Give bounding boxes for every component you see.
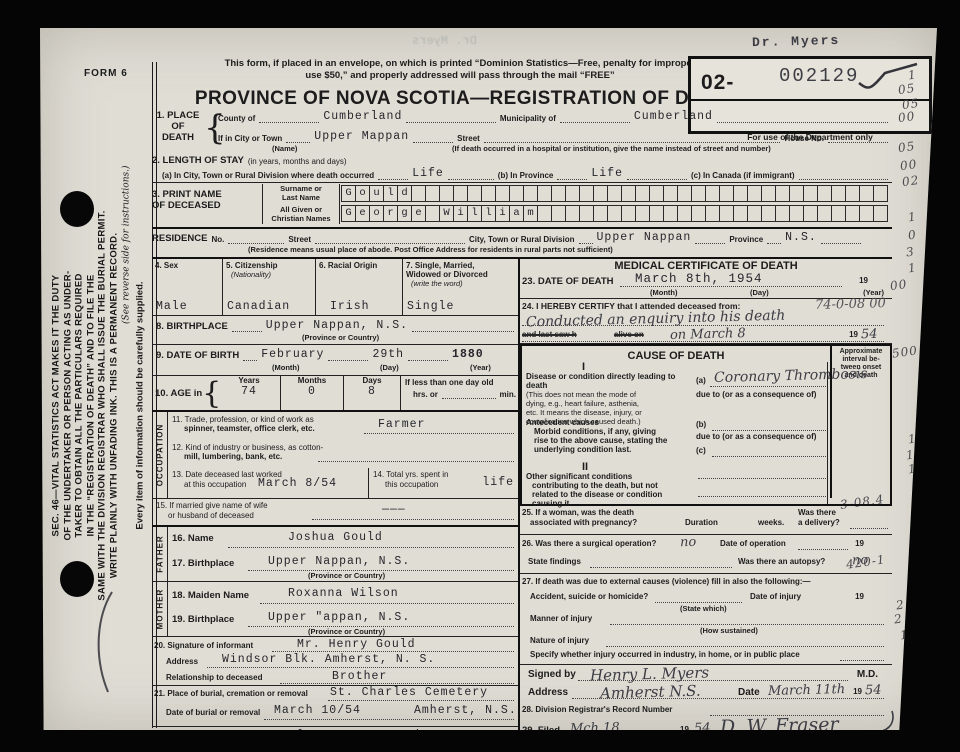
age-years-value[interactable]: 74 xyxy=(218,385,280,398)
pencil-margin-note: 1 xyxy=(905,447,916,462)
section-pregnancy: 25. If a woman, was the death associated… xyxy=(520,506,892,535)
letter-cell xyxy=(803,205,818,222)
letter-cell: m xyxy=(523,205,538,222)
letter-cell xyxy=(649,185,664,202)
letter-cell xyxy=(565,185,580,202)
letter-cell xyxy=(621,205,636,222)
county-value[interactable]: Cumberland xyxy=(323,110,402,123)
letter-cell xyxy=(677,185,692,202)
letter-cell xyxy=(859,185,874,202)
section-spouse: 15. If married give name of wife or husb… xyxy=(152,499,518,527)
letter-cell xyxy=(467,185,482,202)
birth-day-value[interactable]: 29th xyxy=(372,348,404,361)
letter-cell xyxy=(579,205,594,222)
section-mother-name: 18. Maiden Name Roxanna Wilson xyxy=(168,582,518,610)
section-operation: 26. Was there a surgical operation? no D… xyxy=(520,535,892,574)
letter-cell xyxy=(537,185,552,202)
personal-particulars-column: 4. Sex Male 5. Citizenship (Nationality)… xyxy=(152,259,520,752)
pencil-margin-note: 1 xyxy=(907,431,918,446)
section-father-name: 16. Name Joshua Gould xyxy=(168,527,518,553)
last-seen-year-handwritten[interactable]: 54 xyxy=(861,327,878,342)
statute-line: TAKER TO OBTAIN ALL THE PARTICULARS REQU… xyxy=(74,126,86,686)
burial-town-value[interactable]: Amherst, N.S. xyxy=(414,704,517,717)
letter-cell xyxy=(509,185,524,202)
father-name-value[interactable]: Joshua Gould xyxy=(288,531,383,544)
letter-cell: a xyxy=(509,205,524,222)
letter-cell xyxy=(831,185,846,202)
letter-cell xyxy=(411,185,426,202)
letter-cell xyxy=(607,185,622,202)
letter-cell xyxy=(859,205,874,222)
letter-cell xyxy=(551,185,566,202)
letter-cell: i xyxy=(453,205,468,222)
physician-address-handwritten[interactable]: Amherst N.S. xyxy=(600,682,701,703)
signature-flourish xyxy=(858,709,898,745)
section-last-worked: 13. Date deceased last worked at this oc… xyxy=(168,468,518,498)
medical-certificate-column: MEDICAL CERTIFICATE OF DEATH 23. DATE OF… xyxy=(520,259,892,752)
father-birthplace-value[interactable]: Upper Nappan, N.S. xyxy=(268,555,410,568)
mother-birthplace-value[interactable]: Upper "appan, N.S. xyxy=(268,611,410,624)
letter-cell: o xyxy=(355,185,370,202)
pencil-margin-note: 3 xyxy=(905,244,916,259)
section-undertaker: 22. Undertaker R.A.Furlong & Sons, Amher… xyxy=(152,727,518,752)
citizenship-value[interactable]: Canadian xyxy=(227,300,290,313)
section-mother-birthplace: 19. Birthplace Upper "appan, N.S. (Provi… xyxy=(168,610,518,636)
section-birthplace: 8. BIRTHPLACE Upper Nappan, N.S. (Provin… xyxy=(152,316,518,345)
letter-cell xyxy=(817,185,832,202)
section-father-birthplace: 17. Birthplace Upper Nappan, N.S. (Provi… xyxy=(168,553,518,581)
mother-vertical-label: MOTHER xyxy=(152,582,168,636)
letter-cell: G xyxy=(341,205,356,222)
letter-cell xyxy=(425,205,440,222)
letter-cell xyxy=(705,205,720,222)
letter-cell: l xyxy=(481,205,496,222)
form-number: FORM 6 xyxy=(84,68,128,79)
pencil-margin-note: 0 xyxy=(907,227,918,242)
letter-cell xyxy=(789,205,804,222)
letter-cell xyxy=(719,185,734,202)
pencil-margin-note: 2 xyxy=(895,597,906,612)
letter-cell xyxy=(565,205,580,222)
letter-cell xyxy=(635,205,650,222)
pencil-margin-note: 02 xyxy=(901,173,920,189)
letter-cell: l xyxy=(383,185,398,202)
birth-year-value[interactable]: 1880 xyxy=(452,348,484,361)
letter-cell xyxy=(845,205,860,222)
ink-bleed-ghost-text: Dr. Myers xyxy=(412,34,477,48)
registrar-signature[interactable]: D. W. Fraser xyxy=(720,713,839,738)
letter-cell xyxy=(803,185,818,202)
section-burial: 21. Place of burial, cremation or remova… xyxy=(152,686,518,727)
father-vertical-label: FATHER xyxy=(152,527,168,581)
section-date-of-death: 23. DATE OF DEATH March 8th, 1954 19 (Mo… xyxy=(520,272,892,299)
medical-certificate-title: MEDICAL CERTIFICATE OF DEATH xyxy=(520,259,892,272)
letter-cell xyxy=(593,185,608,202)
mother-name-value[interactable]: Roxanna Wilson xyxy=(288,587,399,600)
given-names-letter-grid[interactable]: George William xyxy=(342,204,888,221)
signed-date-handwritten[interactable]: March 11th xyxy=(768,682,846,699)
form-body: 1. PLACE OF DEATH { County of Cumberland… xyxy=(152,106,892,752)
letter-cell xyxy=(649,205,664,222)
letter-cell xyxy=(817,205,832,222)
letter-cell xyxy=(873,205,888,222)
letter-cell xyxy=(495,185,510,202)
letter-cell xyxy=(719,205,734,222)
pencil-margin-note: 2 xyxy=(893,611,904,626)
marital-status-value[interactable]: Single xyxy=(407,300,454,313)
certificate-paper: SEC. 46—VITAL STATISTICS ACT MAKES IT TH… xyxy=(40,28,937,730)
letter-cell xyxy=(439,185,454,202)
pencil-margin-note: 1 xyxy=(899,627,910,642)
letter-cell xyxy=(747,185,762,202)
pencil-margin-note: 1 xyxy=(907,209,918,224)
letter-cell: i xyxy=(495,205,510,222)
death-date-value[interactable]: March 8th, 1954 xyxy=(635,272,763,286)
letter-cell xyxy=(761,185,776,202)
undertaker-value[interactable]: R.A.Furlong & Sons, Amherst, N.S. xyxy=(242,729,503,742)
letter-cell xyxy=(551,205,566,222)
section-trade: 11. Trade, profession, or kind of work a… xyxy=(168,412,518,440)
letter-cell: e xyxy=(411,205,426,222)
residence-city-value[interactable]: Upper Nappan xyxy=(597,231,692,244)
filed-year-handwritten[interactable]: 54 xyxy=(694,721,711,736)
letter-cell xyxy=(481,185,496,202)
age-days-value[interactable]: 8 xyxy=(344,385,400,398)
sex-value[interactable]: Male xyxy=(156,300,188,313)
section-date-of-birth: 9. DATE OF BIRTH February 29th 1880 (Mon… xyxy=(152,345,518,376)
letter-cell xyxy=(691,185,706,202)
box-divider xyxy=(691,99,929,101)
see-reverse-note: (See reverse side for instructions.) xyxy=(122,126,132,686)
birthplace-value[interactable]: Upper Nappan, N.S. xyxy=(266,319,408,332)
father-group: FATHER 16. Name Joshua Gould 17. Birthpl… xyxy=(152,527,518,582)
letter-cell: o xyxy=(369,205,384,222)
letter-cell: l xyxy=(467,205,482,222)
letter-cell xyxy=(663,185,678,202)
stay-city-value[interactable]: Life xyxy=(412,167,444,180)
letter-cell: W xyxy=(439,205,454,222)
scanned-death-certificate: SEC. 46—VITAL STATISTICS ACT MAKES IT TH… xyxy=(0,0,960,752)
occupation-vertical-label: OCCUPATION xyxy=(152,412,168,498)
office-code: 02- xyxy=(701,71,734,95)
certify-handwritten[interactable]: Conducted an enquiry into his death xyxy=(526,308,786,331)
serial-number: 002129 xyxy=(779,65,859,87)
letter-cell: e xyxy=(355,205,370,222)
section-length-of-stay: 2. LENGTH OF STAY (in years, months and … xyxy=(152,154,892,183)
every-item-note: Every item of information should be care… xyxy=(135,126,146,686)
letter-cell xyxy=(621,185,636,202)
pencil-margin-note: 05 xyxy=(897,139,916,155)
informant-address-value[interactable]: Windsor Blk. Amherst, N. S. xyxy=(222,653,435,666)
section-place-of-death: 1. PLACE OF DEATH { County of Cumberland… xyxy=(152,106,892,154)
letter-cell xyxy=(523,185,538,202)
letter-cell xyxy=(789,185,804,202)
age-months-value[interactable]: 0 xyxy=(281,385,343,398)
letter-cell xyxy=(579,185,594,202)
section-industry: 12. Kind of industry or business, as cot… xyxy=(168,440,518,468)
letter-cell xyxy=(733,205,748,222)
letter-cell xyxy=(873,185,888,202)
birth-month-value[interactable]: February xyxy=(261,348,324,361)
cause-of-death-box: CAUSE OF DEATH Approximateinterval be- t… xyxy=(520,344,892,506)
interval-handwritten-note: 74-0-08 00 xyxy=(815,296,886,313)
letter-cell xyxy=(677,205,692,222)
signed-year-handwritten[interactable]: 54 xyxy=(865,683,882,698)
letter-cell: g xyxy=(397,205,412,222)
letter-cell xyxy=(705,185,720,202)
pencil-margin-note: 500 xyxy=(891,343,919,360)
section-4-7: 4. Sex Male 5. Citizenship (Nationality)… xyxy=(152,259,518,316)
letter-cell xyxy=(691,205,706,222)
pencil-margin-note: 1 xyxy=(907,260,918,275)
section-signed: Signed by Henry L. Myers M.D. Address Am… xyxy=(520,665,892,703)
letter-cell xyxy=(761,205,776,222)
statute-line: OF THE UNDERTAKER OR PERSON ACTING AS UN… xyxy=(62,126,74,686)
letter-cell xyxy=(537,205,552,222)
pencil-margin-note: 00 xyxy=(897,109,916,125)
section-filed: 29. Filed Mch 18 19 54 D. W. Fraser (Div… xyxy=(520,719,892,745)
surname-letter-grid[interactable]: Gould xyxy=(342,184,888,201)
section-certify: 24. I HEREBY CERTIFY that I attended dec… xyxy=(520,299,892,344)
trade-value[interactable]: Farmer xyxy=(378,418,425,431)
stay-province-value[interactable]: Life xyxy=(591,167,623,180)
last-worked-value[interactable]: March 8/54 xyxy=(258,477,337,490)
residence-province-value[interactable]: N.S. xyxy=(785,231,817,244)
informant-value[interactable]: Mr. Henry Gould xyxy=(297,638,416,651)
racial-origin-value[interactable]: Irish xyxy=(330,300,370,313)
section-informant: 20. Signature of informant Mr. Henry Gou… xyxy=(152,637,518,686)
mother-group: MOTHER 18. Maiden Name Roxanna Wilson 19… xyxy=(152,582,518,637)
letter-cell xyxy=(607,205,622,222)
section-age: 10. AGE in { Years 74 Months 0 Days 8 xyxy=(152,376,518,412)
letter-cell: r xyxy=(383,205,398,222)
municipality-value[interactable]: Cumberland xyxy=(634,110,713,123)
letter-cell xyxy=(593,205,608,222)
letter-cell xyxy=(747,205,762,222)
letter-cell: G xyxy=(341,185,356,202)
letter-cell xyxy=(845,185,860,202)
envelope-note: This form, if placed in an envelope, on … xyxy=(170,58,750,82)
letter-cell xyxy=(831,205,846,222)
doctor-name-typed: Dr. Myers xyxy=(752,33,841,50)
section-injury-place: Specify whether injury occurred in indus… xyxy=(520,648,892,665)
letter-cell: u xyxy=(369,185,384,202)
letter-cell: d xyxy=(397,185,412,202)
letter-cell xyxy=(635,185,650,202)
city-town-value[interactable]: Upper Mappan xyxy=(314,130,409,143)
letter-cell xyxy=(733,185,748,202)
letter-cell xyxy=(453,185,468,202)
informant-relationship-value[interactable]: Brother xyxy=(332,670,387,683)
operation-handwritten[interactable]: no xyxy=(680,535,697,550)
years-occupation-value[interactable]: life xyxy=(482,476,514,489)
pencil-margin-note: 05 xyxy=(897,81,916,97)
section-external-causes: 27. If death was due to external causes … xyxy=(520,574,892,648)
pencil-margin-note: 1 xyxy=(907,461,918,476)
pencil-margin-note: 00 xyxy=(899,157,918,173)
pencil-mark xyxy=(88,588,118,698)
section-print-name: 3. PRINT NAME OF DECEASED Surname or Las… xyxy=(152,183,892,229)
occupation-group: OCCUPATION 11. Trade, profession, or kin… xyxy=(152,412,518,499)
letter-cell xyxy=(775,205,790,222)
burial-date-value[interactable]: March 10/54 xyxy=(274,704,361,717)
statute-line: SEC. 46—VITAL STATISTICS ACT MAKES IT TH… xyxy=(51,126,63,686)
burial-place-value[interactable]: St. Charles Cemetery xyxy=(330,686,488,699)
letter-cell xyxy=(425,185,440,202)
filed-date-handwritten[interactable]: Mch 18 xyxy=(570,720,620,736)
autopsy-handwritten[interactable]: no xyxy=(852,553,869,568)
section-residence: RESIDENCE No. Street City, Town or Rural… xyxy=(152,229,892,259)
spouse-value[interactable]: ——— xyxy=(382,503,406,516)
letter-cell xyxy=(775,185,790,202)
letter-cell xyxy=(663,205,678,222)
